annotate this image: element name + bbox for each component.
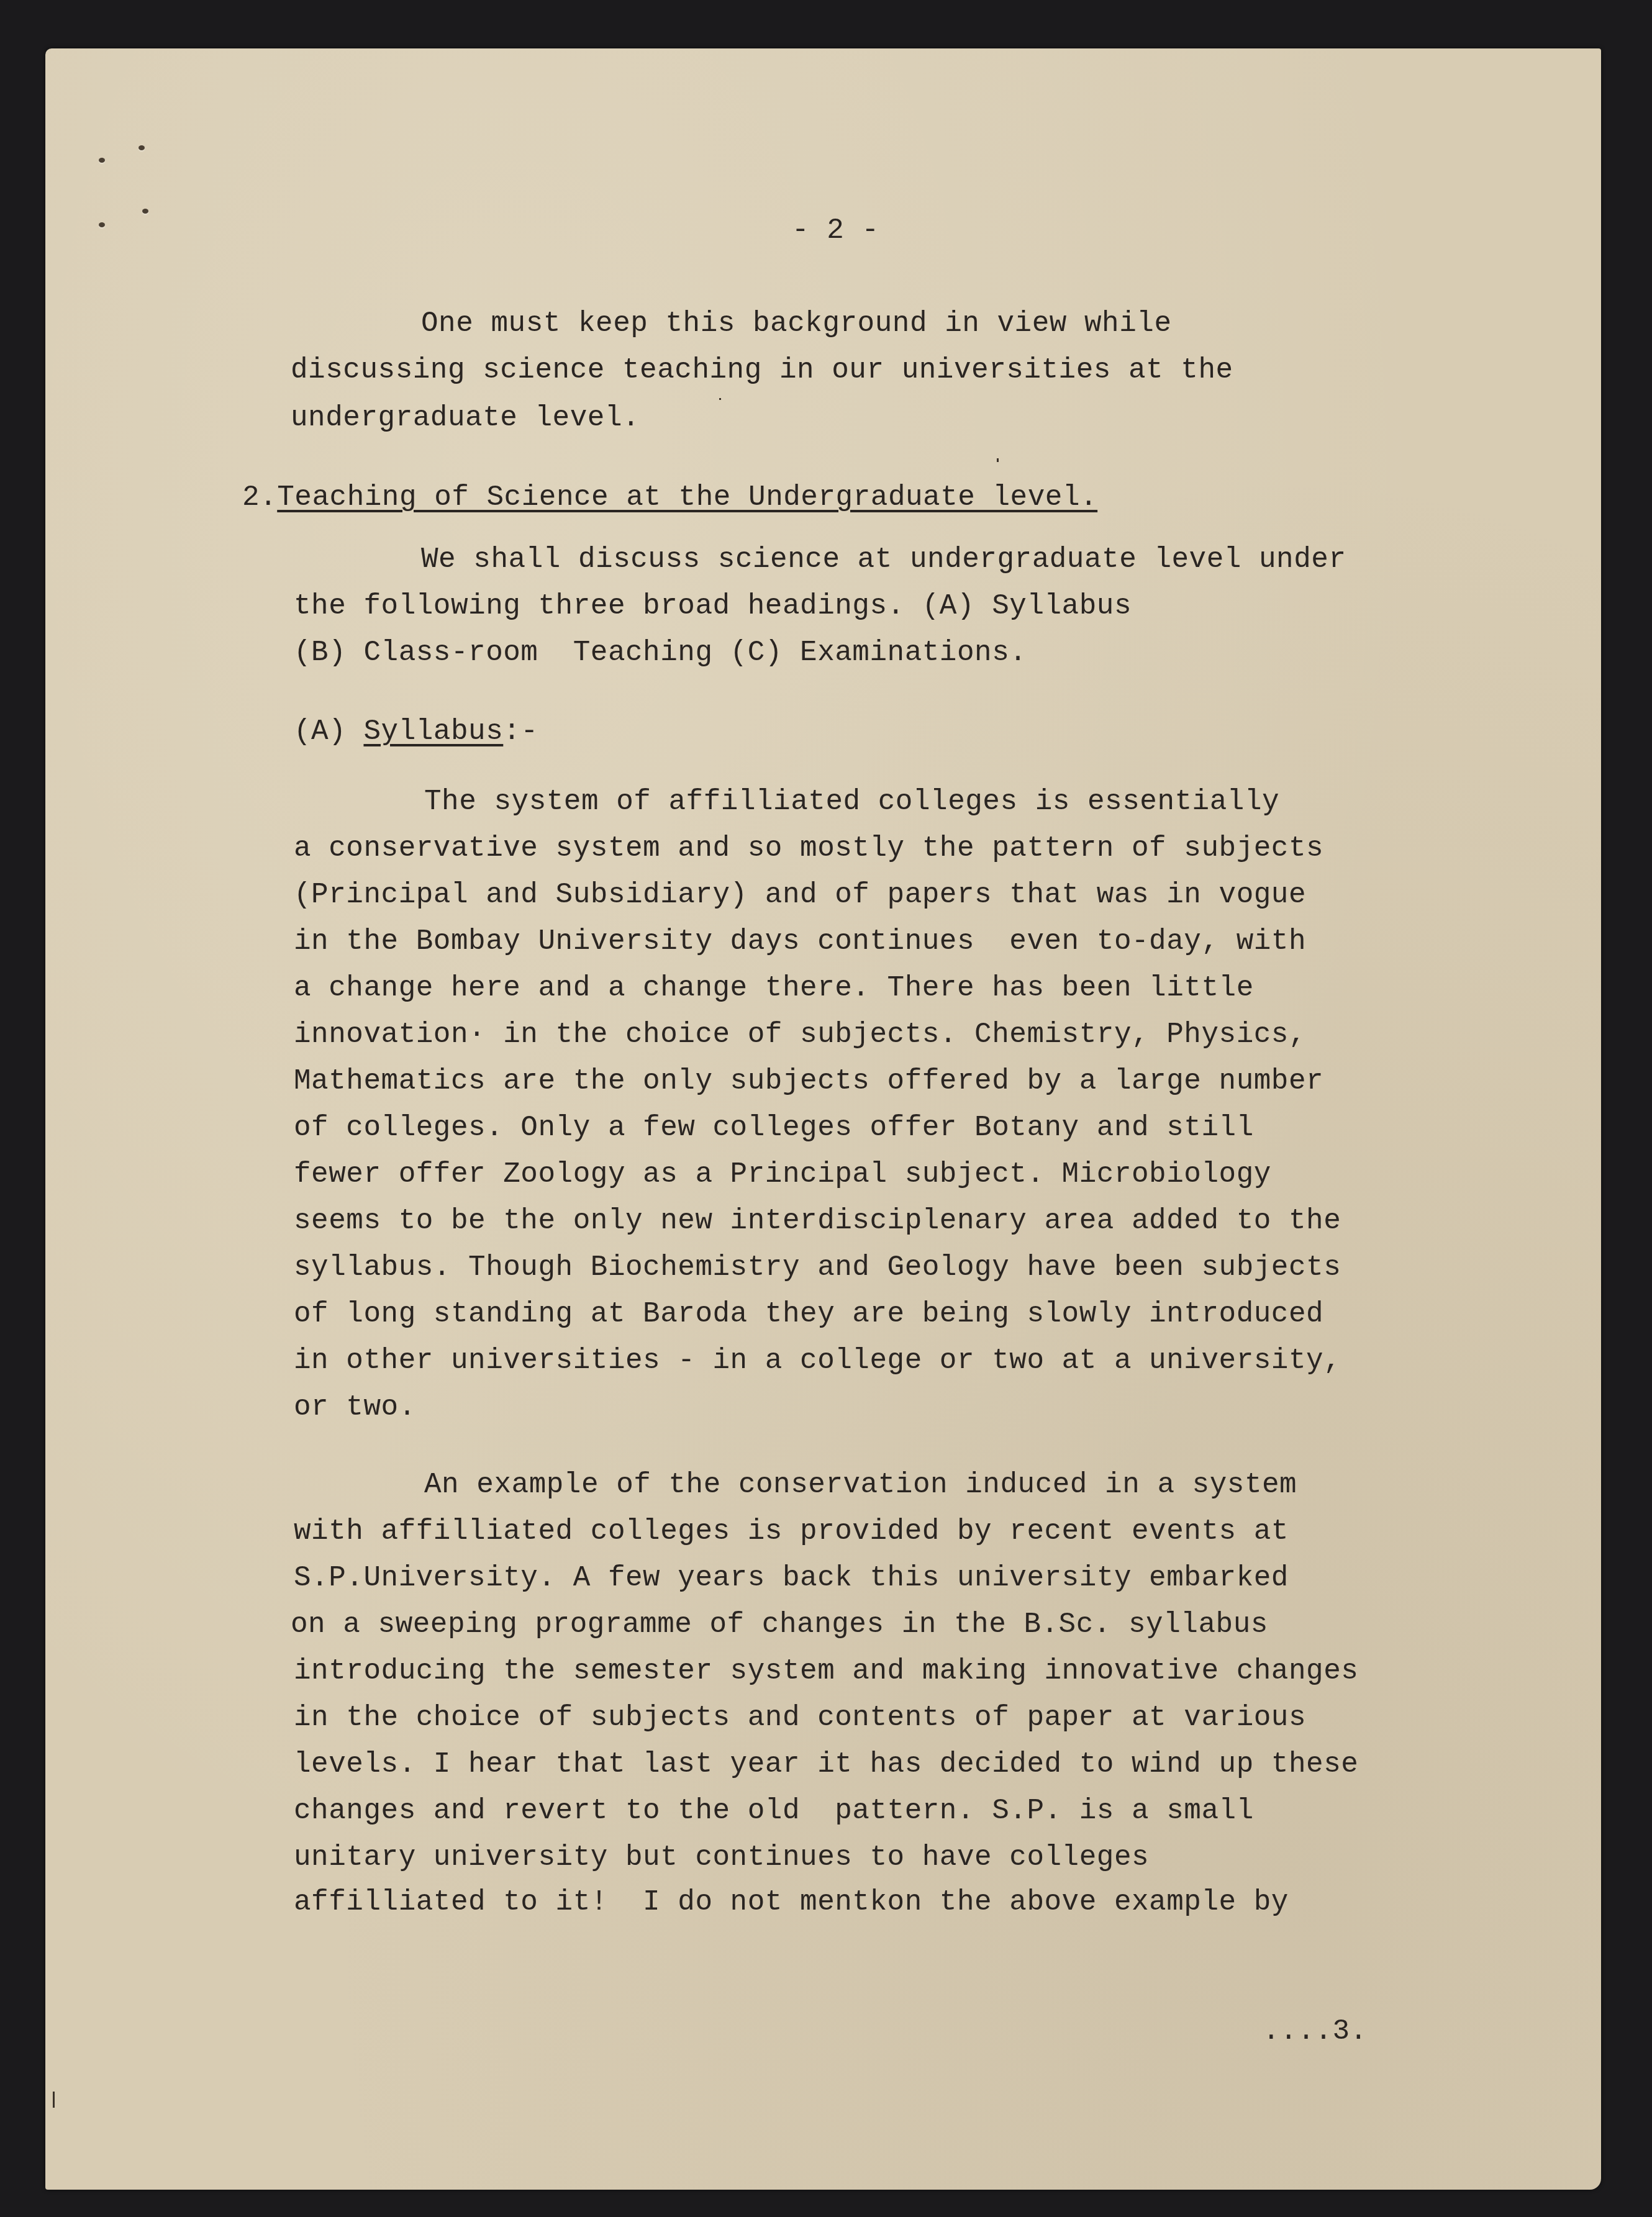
text-line: undergraduate level. [291,404,640,432]
punch-hole [138,145,145,150]
text-line: on a sweeping programme of changes in th… [291,1610,1268,1639]
text-line: the following three broad headings. (A) … [294,592,1132,620]
text-line: a change here and a change there. There … [294,974,1254,1002]
text-line: seems to be the only new interdisciplena… [294,1207,1341,1235]
text-line: S.P.University. A few years back this un… [294,1564,1289,1592]
continuation-marker: ....3. [1263,2017,1368,2046]
text-line: affilliated to it! I do not mentkon the … [294,1888,1289,1916]
section-heading-text: Teaching of Science at the Undergraduate… [277,481,1097,514]
text-line: in the choice of subjects and contents o… [294,1703,1306,1732]
text-line: syllabus. Though Biochemistry and Geolog… [294,1253,1341,1282]
text-line: (Principal and Subsidiary) and of papers… [294,881,1306,909]
page-number: - 2 - [792,216,879,245]
text-line: in the Bombay University days continues … [294,927,1306,956]
text-line: We shall discuss science at undergraduat… [421,545,1346,574]
text-line: (B) Class-room Teaching (C) Examinations… [294,638,1027,667]
stray-mark [997,458,999,462]
text-line: of colleges. Only a few colleges offer B… [294,1113,1254,1142]
typewritten-page: - 2 - One must keep this background in v… [45,48,1601,2190]
text-line: discussing science teaching in our unive… [291,356,1233,384]
punch-hole [99,222,105,227]
text-line: of long standing at Baroda they are bein… [294,1300,1323,1328]
subsection-label: (A) [294,715,346,748]
text-line: a conservative system and so mostly the … [294,834,1323,863]
subsection-heading: (A) Syllabus:- [294,717,538,746]
text-line: with affilliated colleges is provided by… [294,1517,1289,1546]
text-line: in other universities - in a college or … [294,1346,1341,1375]
text-line: An example of the conservation induced i… [424,1471,1297,1499]
text-line: One must keep this background in view wh… [421,309,1172,338]
text-line: or two. [294,1393,416,1421]
section-number: 2. [242,481,277,514]
stray-mark [53,2092,55,2108]
punch-hole [99,158,105,163]
text-line: unitary university but continues to have… [294,1843,1149,1872]
text-line: fewer offer Zoology as a Principal subje… [294,1160,1271,1189]
text-line: levels. I hear that last year it has dec… [294,1750,1358,1779]
subsection-heading-suffix: :- [503,715,538,748]
text-line: changes and revert to the old pattern. S… [294,1797,1254,1825]
text-line: innovation· in the choice of subjects. C… [294,1020,1306,1049]
punch-hole [142,209,148,214]
stray-mark [719,398,721,400]
text-line: The system of affilliated colleges is es… [424,787,1279,816]
text-line: Mathematics are the only subjects offere… [294,1067,1323,1095]
section-heading: 2.Teaching of Science at the Undergradua… [242,483,1097,512]
text-line: introducing the semester system and maki… [294,1657,1358,1685]
subsection-heading-text: Syllabus [363,715,503,748]
